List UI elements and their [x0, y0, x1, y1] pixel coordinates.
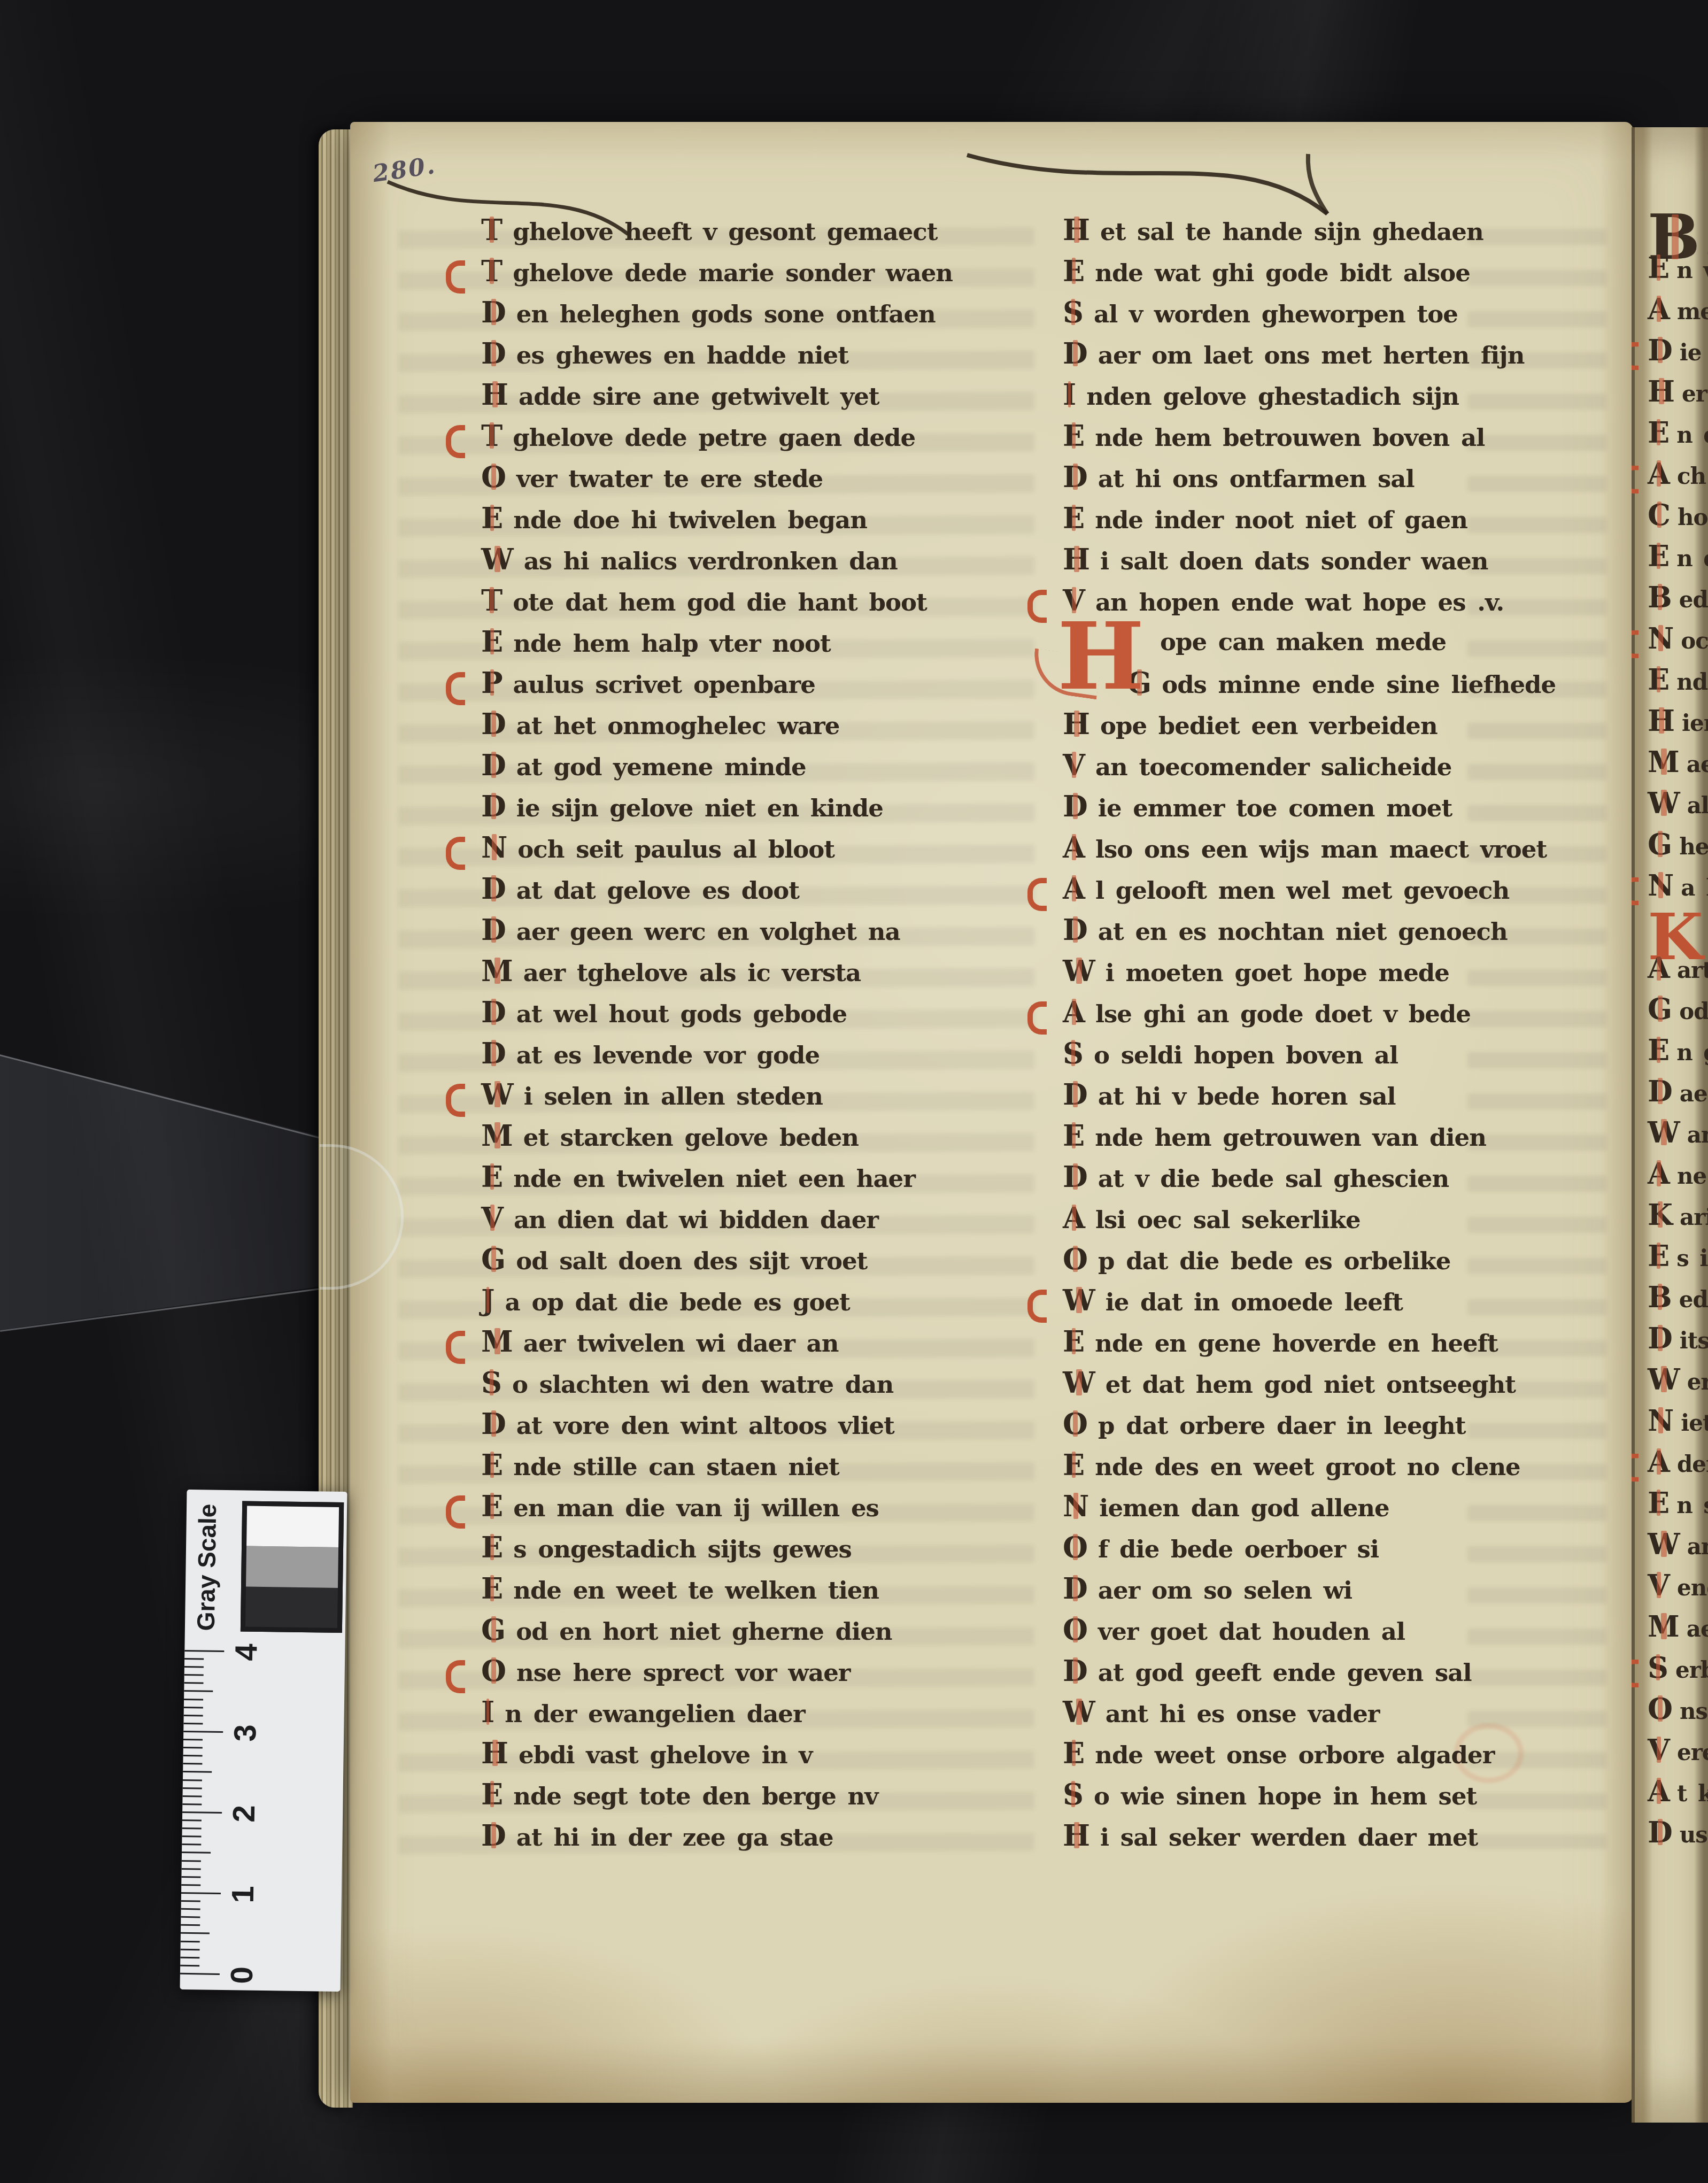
ruler-tick: [181, 1932, 210, 1934]
line-text: n da: [1676, 543, 1708, 574]
gray-patch: [245, 1586, 338, 1628]
manuscript-line: God en hort niet gherne dien: [481, 1615, 968, 1656]
line-initial: E: [1063, 503, 1084, 533]
ruler-tick: [183, 1771, 212, 1773]
manuscript-line: Serbe: [1648, 1653, 1708, 1694]
line-initial: I: [481, 1697, 494, 1727]
text-column-edge-fragments: BesceEn vaAmerDie vaHer spEn doAch spCho…: [1648, 212, 1708, 1858]
line-initial: N: [1648, 870, 1673, 900]
line-initial: I: [1063, 380, 1076, 410]
manuscript-line: Dat hi ons ontfarmen sal: [1063, 462, 1555, 503]
manuscript-line: Dat dat gelove es doot: [481, 874, 968, 915]
manuscript-line: Al gelooft men wel met gevoech: [1063, 874, 1555, 915]
manuscript-line: Want hi es onse vader: [1063, 1697, 1555, 1738]
line-text: ant: [1687, 1120, 1708, 1151]
manuscript-line: Die sijn gelove niet en kinde: [481, 791, 968, 832]
line-text: lsi oec sal sekerlike: [1095, 1205, 1361, 1236]
manuscript-line: En va: [1648, 253, 1708, 294]
line-initial: W: [1063, 956, 1095, 986]
line-initial: O: [1063, 1532, 1087, 1562]
line-text: ghelove heeft v gesont gemaect: [513, 217, 937, 248]
line-initial: D: [481, 1038, 506, 1068]
manuscript-line: Hi sal seker werden daer met: [1063, 1821, 1555, 1862]
line-text: lse ghi an gode doet v bede: [1095, 999, 1471, 1030]
line-text: p dat die bede es orbelike: [1098, 1246, 1450, 1277]
line-initial: D: [1063, 462, 1087, 492]
line-text: at v die bede sal ghescien: [1098, 1163, 1449, 1194]
page-number: 280.: [371, 152, 438, 188]
line-initial: O: [1063, 1244, 1087, 1274]
line-text: al h: [1687, 790, 1708, 821]
line-text: mer: [1677, 296, 1708, 327]
manuscript-line: In der ewangelien daer: [481, 1697, 968, 1738]
ruler-tick: [182, 1803, 202, 1806]
ruler-tick: [181, 1924, 200, 1926]
line-initial: A: [1648, 459, 1670, 489]
line-initial: H: [481, 380, 508, 410]
paraph-mark: [1027, 1290, 1047, 1323]
line-initial: E: [1063, 1738, 1084, 1768]
manuscript-line: Den heleghen gods sone ontfaen: [481, 297, 968, 338]
manuscript-line: Inden gelove ghestadich sijn: [1063, 380, 1555, 421]
line-text: od salt doen des sijt vroet: [516, 1246, 867, 1277]
line-text: nde doe hi twivelen began: [513, 505, 867, 536]
line-initial: D: [481, 297, 506, 327]
line-initial: O: [481, 1656, 506, 1686]
line-text: at dat gelove es doot: [516, 875, 799, 906]
ruler-tick: [182, 1835, 201, 1838]
ruler-tick: [181, 1892, 221, 1894]
manuscript-line: Ende hem betrouwen boven al: [1063, 421, 1555, 462]
line-initial: D: [481, 915, 506, 945]
manuscript-line: Dat es levende vor gode: [481, 1038, 968, 1079]
manuscript-line: Was hi nalics verdronken dan: [481, 544, 968, 585]
ruler-tick: [184, 1666, 204, 1668]
manuscript-line: Bede t: [1648, 1282, 1708, 1323]
manuscript-line: Hien: [1648, 706, 1708, 747]
line-initial: D: [1063, 1656, 1087, 1686]
paraph-mark: [446, 260, 465, 294]
paraph-mark: [1632, 877, 1639, 906]
manuscript-line: Besce: [1648, 212, 1708, 253]
ruler-tick: [184, 1650, 224, 1652]
ruler-tick: [184, 1658, 204, 1660]
manuscript-line: Maer twivelen wi daer an: [481, 1326, 968, 1368]
paraph-mark: [1632, 630, 1639, 659]
line-initial: S: [1063, 297, 1083, 327]
line-text: ver goet dat houden al: [1098, 1616, 1405, 1647]
line-initial: D: [1063, 1573, 1087, 1603]
line-text: ede: [1679, 584, 1708, 615]
line-text: ant hi es onse vader: [1106, 1699, 1380, 1730]
line-initial: D: [481, 709, 506, 739]
manuscript-line: Hebdi vast ghelove in v: [481, 1738, 968, 1779]
paraph-mark: [446, 425, 465, 458]
manuscript-line: Op dat orbere daer in leeght: [1063, 1409, 1555, 1450]
line-text: ant s: [1687, 1531, 1708, 1562]
manuscript-line: God salt doen des sijt vroet: [481, 1244, 968, 1285]
gray-scale-label: Gray Scale: [191, 1497, 222, 1638]
manuscript-line: En ge: [1648, 1035, 1708, 1076]
ruler-tick: [183, 1755, 203, 1757]
manuscript-line: Ende en twivelen niet een haer: [481, 1162, 968, 1203]
line-text: an dien dat wi bidden daer: [514, 1205, 878, 1236]
line-text: ebdi vast ghelove in v: [519, 1740, 812, 1771]
ruler-tick: [184, 1707, 203, 1709]
line-text: od en hort niet gherne dien: [516, 1616, 892, 1647]
line-text: ne w: [1677, 1161, 1708, 1192]
line-text: nde hem betrouwen boven al: [1095, 422, 1485, 453]
ruler-tick: [183, 1747, 203, 1749]
line-initial: H: [1063, 709, 1089, 739]
line-initial: E: [481, 503, 503, 533]
manuscript-line: Paulus scrivet openbare: [481, 668, 968, 709]
line-initial: M: [481, 1121, 513, 1151]
ruler-tick: [181, 1900, 200, 1902]
manuscript-line: Vere b: [1648, 1735, 1708, 1776]
manuscript-line: Tghelove dede marie sonder waen: [481, 256, 968, 297]
line-initial: T: [481, 421, 502, 451]
next-page-sliver: BesceEn vaAmerDie vaHer spEn doAch spCho…: [1632, 127, 1708, 2123]
line-initial: V: [1063, 750, 1085, 780]
line-text: ope bediet een verbeiden: [1100, 711, 1437, 742]
manuscript-line: Sal v worden gheworpen toe: [1063, 297, 1555, 338]
line-initial: V: [1648, 1570, 1670, 1600]
manuscript-line: En soe: [1648, 1488, 1708, 1529]
line-text: i salt doen dats sonder waen: [1100, 546, 1488, 577]
line-text: at en es nochtan niet genoech: [1098, 916, 1508, 947]
ruler-tick: [180, 1973, 220, 1975]
line-initial: D: [1063, 1162, 1087, 1192]
line-initial: G: [481, 1244, 505, 1274]
manuscript-line: Wet dat hem god niet ontseeght: [1063, 1368, 1555, 1409]
manuscript-line: Also ons een wijs man maect vroet: [1063, 832, 1555, 874]
manuscript-line: Want s: [1648, 1529, 1708, 1570]
manuscript-line: Van dien dat wi bidden daer: [481, 1203, 968, 1244]
ruler-tick: [181, 1908, 200, 1910]
paraph-mark: [1632, 1454, 1639, 1482]
line-initial: P: [481, 668, 503, 698]
manuscript-line: Want: [1648, 1117, 1708, 1159]
manuscript-line: Dat god geeft ende geven sal: [1063, 1656, 1555, 1697]
line-text: aer geen werc en volghet na: [516, 916, 900, 947]
manuscript-line: Over goet dat houden al: [1063, 1615, 1555, 1656]
line-text: l gelooft men wel met gevoech: [1095, 875, 1509, 906]
manuscript-line: Niet e: [1648, 1406, 1708, 1447]
line-initial: D: [1063, 915, 1087, 945]
manuscript-page: 280. Tghelove heeft v gesont gemaectTghe…: [350, 122, 1633, 2103]
line-initial: N: [1648, 1406, 1673, 1436]
line-text: f die bede oerboer si: [1098, 1534, 1379, 1565]
line-initial: A: [1063, 874, 1085, 904]
line-text: t ker: [1677, 1778, 1708, 1809]
manuscript-line: Of die bede oerboer si: [1063, 1532, 1555, 1573]
line-text: a op dat die bede es goet: [505, 1287, 850, 1318]
ruler-tick: [181, 1876, 200, 1878]
ruler-tick: [182, 1868, 201, 1870]
line-initial: D: [481, 1409, 506, 1439]
line-text: o slachten wi den watre dan: [512, 1369, 893, 1400]
line-text: i sal seker werden daer met: [1100, 1822, 1478, 1853]
line-text: iet e: [1681, 1408, 1708, 1439]
line-initial: E: [481, 1779, 503, 1809]
manuscript-line: Een man die van ij willen es: [481, 1491, 968, 1532]
manuscript-line: Noch seit paulus al bloot: [481, 832, 968, 874]
manuscript-line: Tote dat hem god die hant boot: [481, 585, 968, 627]
manuscript-line: Karit: [1648, 912, 1708, 953]
manuscript-line: Op dat die bede es orbelike: [1063, 1244, 1555, 1285]
line-text: et sal te hande sijn ghedaen: [1100, 217, 1483, 248]
line-initial: D: [1063, 338, 1087, 368]
line-text: o wie sinen hope in hem set: [1094, 1781, 1477, 1812]
line-initial: W: [1648, 1529, 1680, 1559]
manuscript-line: So seldi hopen boven al: [1063, 1038, 1555, 1079]
line-text: n va: [1676, 255, 1708, 286]
line-text: as hi nalics verdronken dan: [524, 546, 898, 577]
manuscript-line: Hope can maken mede: [1063, 627, 1555, 668]
line-text: al v worden gheworpen toe: [1094, 299, 1458, 330]
manuscript-line: Ende des en weet groot no clene: [1063, 1450, 1555, 1491]
line-text: ene: [1677, 1572, 1708, 1603]
line-initial: V: [481, 1203, 503, 1233]
line-initial: T: [481, 585, 502, 615]
line-initial: C: [1648, 500, 1670, 530]
line-text: nde en twivelen niet een haer: [513, 1163, 915, 1194]
line-text: nde: [1676, 667, 1708, 698]
ruler-tick: [181, 1884, 200, 1886]
ruler-number: 0: [224, 1966, 260, 1984]
line-initial: D: [481, 750, 506, 780]
manuscript-line: Ons sc: [1648, 1694, 1708, 1735]
ruler-tick: [183, 1787, 202, 1789]
manuscript-line: Dat hi v bede horen sal: [1063, 1079, 1555, 1121]
line-initial: V: [1648, 1735, 1670, 1765]
line-initial: E: [1648, 1035, 1669, 1065]
gray-scale-card: Gray Scale 01234: [180, 1490, 347, 1992]
line-text: nde en gene hoverde en heeft: [1095, 1328, 1498, 1359]
ruler-tick: [184, 1699, 203, 1701]
line-text: nde hem getrouwen van dien: [1095, 1122, 1486, 1153]
line-text: at es levende vor gode: [516, 1040, 820, 1071]
line-initial: E: [1648, 541, 1669, 571]
manuscript-line: Ende: [1648, 665, 1708, 706]
ruler-tick: [182, 1811, 222, 1814]
line-text: at vore den wint altoos vliet: [516, 1410, 894, 1441]
ruler-tick: [182, 1852, 211, 1854]
line-text: n der ewangelien daer: [505, 1699, 805, 1730]
line-text: lso ons een wijs man maect vroet: [1095, 834, 1547, 865]
line-initial: G: [481, 1615, 505, 1645]
text-column-right: Het sal te hande sijn ghedaenEnde wat gh…: [1063, 215, 1555, 1862]
manuscript-line: Van toecomender salicheide: [1063, 750, 1555, 791]
manuscript-line: Ende en weet te welken tien: [481, 1573, 968, 1615]
line-text: en heleghen gods sone ontfaen: [516, 299, 936, 330]
line-text: s ongestadich sijts gewes: [513, 1534, 852, 1565]
ruler-tick: [181, 1949, 200, 1951]
text-column-left: Tghelove heeft v gesont gemaectTghelove …: [481, 215, 968, 1862]
manuscript-line: So wie sinen hope in hem set: [1063, 1779, 1555, 1821]
manuscript-line: Ende stille can staen niet: [481, 1450, 968, 1491]
line-initial: N: [481, 832, 507, 862]
manuscript-line: Die emmer toe comen moet: [1063, 791, 1555, 832]
manuscript-line: Dat wel hout gods gebode: [481, 997, 968, 1038]
line-initial: W: [1063, 1368, 1095, 1398]
line-initial: D: [481, 1821, 506, 1850]
line-text: ver twater te ere stede: [516, 464, 823, 495]
ruler-tick: [184, 1690, 213, 1692]
line-initial: E: [1063, 256, 1084, 286]
manuscript-line: Ach sp: [1648, 459, 1708, 500]
line-initial: B: [1648, 582, 1672, 612]
line-text: ns sc: [1680, 1696, 1708, 1727]
manuscript-line: Aart: [1648, 953, 1708, 994]
line-initial: D: [481, 997, 506, 1027]
line-initial: E: [1063, 1121, 1084, 1151]
ruler-tick: [184, 1715, 203, 1717]
manuscript-line: Her sp: [1648, 376, 1708, 418]
manuscript-line: Daer geen werc en volghet na: [481, 915, 968, 956]
line-text: ien: [1682, 708, 1708, 739]
manuscript-line: Tghelove heeft v gesont gemaect: [481, 215, 968, 256]
line-initial: M: [481, 1326, 513, 1356]
line-text: ede t: [1679, 1284, 1708, 1315]
line-initial: S: [1648, 1653, 1668, 1683]
line-initial: H: [481, 1738, 508, 1768]
line-text: ods minne ende sine liefhede: [1162, 669, 1556, 700]
manuscript-line: Wie dat in omoede leeft: [1063, 1285, 1555, 1326]
manuscript-line: Daer: [1648, 1076, 1708, 1117]
line-text: helo: [1679, 831, 1708, 862]
manuscript-line: Es ongestadich sijts gewes: [481, 1532, 968, 1573]
paraph-mark: [1027, 590, 1047, 623]
line-initial: E: [481, 1573, 503, 1603]
manuscript-line: Dits e: [1648, 1323, 1708, 1364]
line-text: n soe: [1676, 1490, 1708, 1521]
manuscript-line: Maer: [1648, 747, 1708, 788]
line-initial: E: [1063, 1326, 1084, 1356]
line-initial: N: [1063, 1491, 1088, 1521]
line-text: n ge: [1676, 1037, 1708, 1068]
line-initial: W: [1063, 1285, 1095, 1315]
line-text: arita: [1680, 1202, 1708, 1233]
line-text: od s: [1679, 996, 1708, 1027]
manuscript-line: Ende wat ghi gode bidt alsoe: [1063, 256, 1555, 297]
manuscript-line: Ader w: [1648, 1447, 1708, 1488]
line-text: och: [1681, 626, 1708, 657]
manuscript-line: Des ghewes en hadde niet: [481, 338, 968, 380]
line-initial: E: [1648, 418, 1669, 448]
line-text: at god yemene minde: [516, 752, 806, 783]
line-initial: D: [1648, 1076, 1672, 1106]
line-initial: E: [1648, 1241, 1669, 1271]
manuscript-line: Dat v die bede sal ghescien: [1063, 1162, 1555, 1203]
ruler-tick: [180, 1957, 199, 1959]
line-text: aer: [1680, 1078, 1708, 1109]
gray-scale-card-face: Gray Scale 01234: [180, 1490, 347, 1992]
line-text: es ghewes en hadde niet: [516, 340, 848, 371]
line-initial: A: [1648, 1447, 1670, 1477]
paraph-mark: [446, 837, 465, 870]
line-initial: W: [1648, 1117, 1680, 1147]
manuscript-line: Amer: [1648, 294, 1708, 335]
line-text: its e: [1680, 1325, 1708, 1356]
line-initial: H: [1648, 706, 1674, 736]
line-initial: W: [1648, 1364, 1680, 1394]
line-text: nde inder noot niet of gaen: [1095, 505, 1467, 536]
manuscript-line: Met starcken gelove beden: [481, 1121, 968, 1162]
line-text: hoe: [1678, 502, 1708, 533]
line-text: i selen in allen steden: [524, 1081, 823, 1112]
line-text: ie va: [1680, 337, 1708, 368]
paraph-mark: [446, 672, 465, 705]
line-initial: M: [1648, 1611, 1679, 1641]
line-text: p dat orbere daer in leeght: [1098, 1410, 1465, 1441]
ruler-tick: [183, 1763, 202, 1765]
line-initial: H: [1063, 544, 1089, 574]
ruler-number: 1: [225, 1886, 261, 1903]
line-initial: D: [1648, 1817, 1672, 1847]
manuscript-line: Dat hi in der zee ga stae: [481, 1821, 968, 1862]
ruler-tick: [182, 1860, 201, 1862]
manuscript-line: Daer om laet ons met herten fijn: [1063, 338, 1555, 380]
ruler-tick: [184, 1674, 204, 1676]
line-initial: E: [1063, 421, 1084, 451]
line-text: nde en weet te welken tien: [513, 1575, 879, 1606]
manuscript-line: Ja op dat die bede es goet: [481, 1285, 968, 1326]
paraph-mark: [446, 1084, 465, 1117]
manuscript-line: Ende inder noot niet of gaen: [1063, 503, 1555, 544]
ruler-tick: [182, 1819, 202, 1822]
line-text: nde stille can staen niet: [513, 1452, 839, 1483]
manuscript-line: Choe: [1648, 500, 1708, 541]
line-initial: D: [1063, 1079, 1087, 1109]
line-initial: H: [1063, 215, 1089, 245]
line-initial: A: [1063, 832, 1085, 862]
line-initial: E: [481, 1162, 503, 1192]
line-initial: E: [1648, 253, 1669, 283]
ruler-number: 3: [227, 1724, 263, 1742]
manuscript-line: Ende segt tote den berge nv: [481, 1779, 968, 1821]
line-initial: A: [1648, 1159, 1670, 1189]
manuscript-line: Alse ghi an gode doet v bede: [1063, 997, 1555, 1038]
line-initial: D: [1648, 335, 1672, 365]
line-initial: A: [1648, 1776, 1670, 1806]
line-initial: A: [1648, 953, 1670, 983]
line-initial: D: [481, 338, 506, 368]
manuscript-line: Vene: [1648, 1570, 1708, 1611]
line-initial: D: [481, 874, 506, 904]
line-initial: O: [481, 462, 506, 492]
line-initial: G: [1648, 829, 1672, 859]
paraph-mark: [446, 1495, 465, 1529]
line-text: ie dat in omoede leeft: [1106, 1287, 1403, 1318]
gray-patch: [246, 1546, 338, 1588]
line-text: aer: [1687, 749, 1708, 780]
line-initial: O: [1063, 1615, 1087, 1645]
manuscript-line: Ende hem halp vter noot: [481, 627, 968, 668]
line-initial: W: [1648, 788, 1680, 818]
line-text: at hi ons ontfarmen sal: [1098, 464, 1415, 495]
line-initial: A: [1063, 1203, 1085, 1233]
line-initial: E: [1648, 1488, 1669, 1518]
manuscript-line: Es i o: [1648, 1241, 1708, 1282]
manuscript-line: Maer tghelove als ic versta: [481, 956, 968, 997]
line-text: aulus scrivet openbare: [513, 669, 815, 700]
line-text: nde des en weet groot no clene: [1095, 1452, 1520, 1483]
ruler-tick: [180, 1965, 199, 1967]
line-text: s i o: [1676, 1243, 1708, 1274]
manuscript-line: Ende hem getrouwen van dien: [1063, 1121, 1555, 1162]
